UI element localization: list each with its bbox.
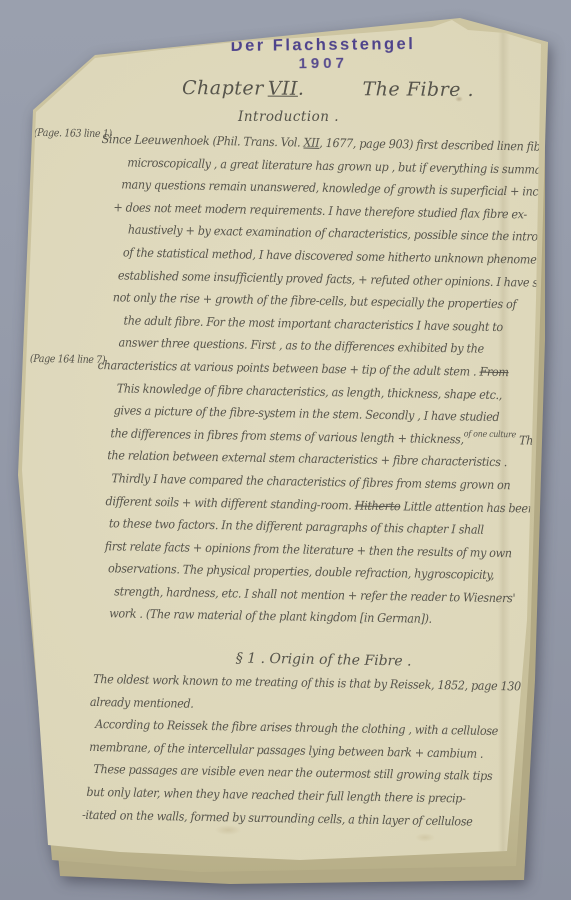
photo-background: Tine Tammes Der Flachsstengel 1907 Chapt… — [0, 0, 571, 900]
sheet-top: Tine Tammes Der Flachsstengel 1907 Chapt… — [0, 0, 571, 900]
struck-word: Hitherto — [355, 498, 401, 513]
margin-note-page164: (Page 164 line 7) — [30, 353, 105, 366]
paper-stack: Tine Tammes Der Flachsstengel 1907 Chapt… — [0, 0, 571, 900]
manuscript-body: (Page. 163 line 1) (Page 164 line 7) Sin… — [88, 128, 540, 834]
underlined-volume: XII — [303, 136, 319, 150]
introduction-subtitle: Introduction . — [238, 109, 339, 125]
chapter-label: Chapter — [182, 77, 264, 100]
page-title: The Fibre . — [362, 78, 474, 101]
ownership-stamp: Tine Tammes Der Flachsstengel 1907 — [158, 16, 489, 73]
chapter-period: . — [298, 78, 305, 100]
stamp-line-year: 1907 — [158, 53, 488, 73]
chapter-numeral: VII — [268, 78, 298, 100]
superscript-insertion: of one culture — [464, 429, 516, 440]
struck-word: From — [479, 365, 508, 380]
chapter-heading: ChapterVII.The Fibre . — [182, 77, 474, 101]
paper-stain — [415, 833, 435, 842]
